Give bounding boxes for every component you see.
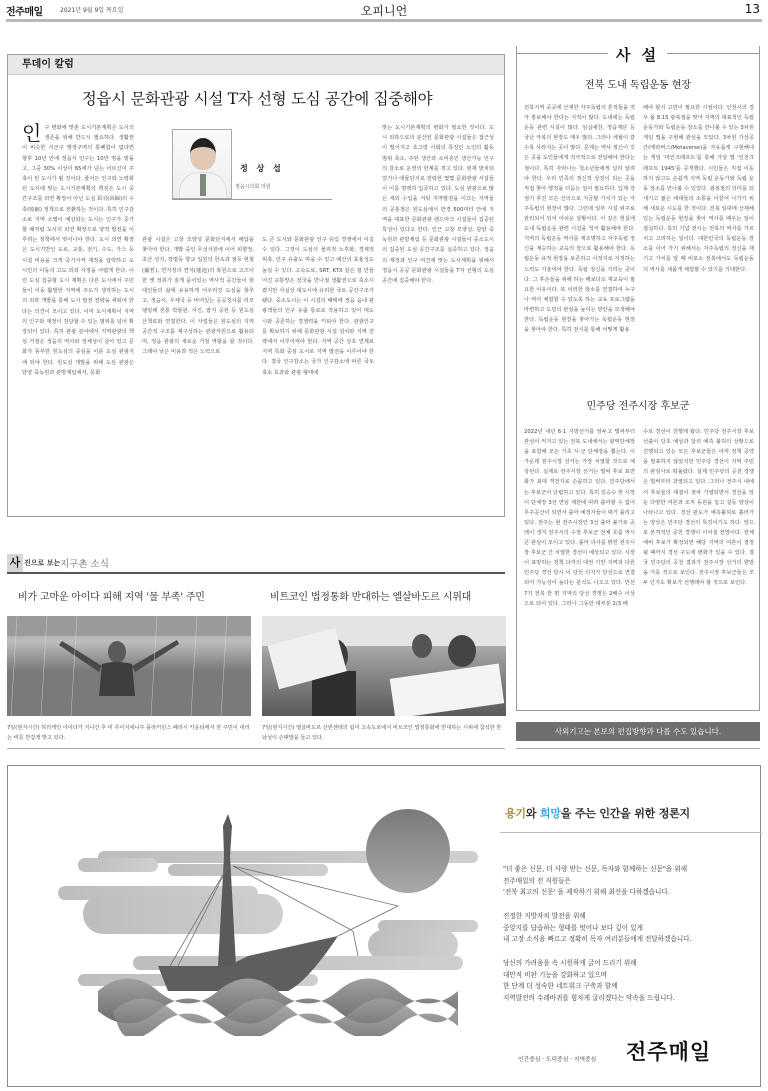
ad-newspaper-logo: 전주매일	[626, 1036, 711, 1066]
slogan-courage: 용기	[505, 807, 526, 820]
editorial-1-col-1: 전북지역 곳곳에 산재한 자주독립의 흔적들을 적극 홍보해야 한다는 지적이 …	[524, 103, 635, 386]
photo-news-title-2[interactable]: 비트코인 법정통화 반대하는 엘살바도르 시위대	[270, 588, 471, 603]
portrait-rule	[172, 199, 332, 200]
editorial-2-col-2: 수로 경선이 진행돼 왔다. 민주당 전주시장 후보 선출이 당초 예상과 달리…	[643, 427, 754, 707]
editorial-top-rule-left	[516, 53, 608, 54]
ad-slogan-rule	[500, 832, 762, 833]
editorial-label: 사 설	[608, 44, 667, 65]
editorial-top-rule-right	[667, 53, 760, 54]
editorial-bottom-rule	[516, 748, 760, 749]
editorial-2-col-1: 2022년 내년 6·1 지방선거를 앞두고 벌써부터 관심이 커지고 있는 전…	[524, 427, 635, 707]
page-number: 13	[745, 2, 760, 16]
column-text-1: 인구 변화에 맞춘 도시기본계획은 도시의 생존을 위해 반드시 필요하다. 생…	[22, 123, 134, 511]
editorial-headline-2[interactable]: 민주당 전주시장 후보군	[516, 397, 760, 412]
photo-news-initial: 사	[7, 554, 23, 572]
masthead-rule	[6, 19, 762, 22]
section-title: 오피니언	[0, 2, 768, 19]
photo-news-title-part2: 지구촌 소식	[60, 556, 109, 570]
ad-paragraph-3: 당신의 가려움을 속 시원하게 긁어 드리기 위해 대안적 비판 기능을 강화하…	[503, 958, 675, 1004]
photo-el-salvador-protest[interactable]	[262, 616, 506, 716]
ship-illustration	[38, 806, 478, 1036]
photo-news-title-1[interactable]: 비가 고마운 아이다 피해 지역 '물 부족' 주민	[18, 588, 205, 603]
photo-caption-1: 7일(현지시간) 허리케인 아이다가 지나간 후 미 루이지애나주 플라커민스 …	[7, 723, 251, 743]
ad-tagline: 인간중심 · 도덕중심 · 지역중심	[518, 1054, 596, 1063]
ad-paragraph-2: 진정한 지방자치 발전을 위해 중앙지를 답습하는 형태를 벗어나 보다 깊이 …	[503, 911, 692, 946]
photo-rain-resident[interactable]	[7, 616, 251, 716]
today-column: 투데이 칼럼 정읍시 문화관광 시설 T자 선형 도심 공간에 집중해야 인구 …	[7, 54, 505, 517]
ad-paragraph-1: "더 좋은 신문, 더 사랑 받는 신문, 독자와 함께하는 신문"을 위해 전…	[503, 864, 687, 899]
photo-news-header: 사 진으로 보는 지구촌 소식	[7, 554, 505, 574]
photo-caption-2: 7일(현지시간) 엘살바도르 산빈센테의 팜미 고속도로에서 비트코인 법정통화…	[262, 723, 506, 743]
column-text-4: 맞는 도시기본계획의 변화가 필요한 것이다. 도시 외곽으로의 분산된 문화관…	[382, 123, 494, 511]
column-text-2: 관광 시설은 고창 모양성 문화단지에서 해답을 찾아야 한다. 개발 중인 무…	[142, 235, 254, 511]
rain-photo-illustration	[7, 616, 251, 716]
editorial-1-col-2: 해야 할지 고민이 필요한 시점이다. 인천시의 경우 올 8.15 광복절을 …	[643, 103, 754, 386]
photo-news-title-part1: 진으로 보는	[24, 558, 60, 568]
photo-news-bottom-rule	[7, 748, 505, 749]
editorial-headline-1[interactable]: 전북 도내 독립운동 현장	[516, 76, 760, 91]
column-headline[interactable]: 정읍시 문화관광 시설 T자 선형 도심 공간에 집중해야	[8, 87, 506, 109]
column-band-label: 투데이 칼럼	[8, 55, 504, 75]
ad-slogan: 용기와 희망을 주는 인간을 위한 정론지	[505, 805, 690, 821]
author-name: 정 상 섭	[240, 163, 284, 174]
column-body: 인구 변화에 맞춘 도시기본계획은 도시의 생존을 위해 반드시 필요하다. 생…	[22, 123, 492, 511]
dropcap: 인	[22, 123, 41, 143]
author-portrait	[172, 129, 232, 199]
slogan-hope: 희망	[540, 807, 561, 820]
protest-photo-illustration	[262, 616, 506, 716]
portrait-face	[190, 138, 216, 170]
contribution-disclaimer: 사외기고는 본보의 편집방향과 다를 수도 있습니다.	[516, 722, 760, 741]
masthead: 전주매일 2021년 9월 9일 목요일 오피니언 13	[0, 0, 768, 22]
column-text-3: 도 큰 도시와 문화관광 인구 유입 경쟁에서 이길 수 있다. 그것이 도심의…	[262, 235, 374, 511]
author-title: 정읍시의회 의원	[235, 183, 270, 190]
portrait-tie	[200, 174, 206, 196]
